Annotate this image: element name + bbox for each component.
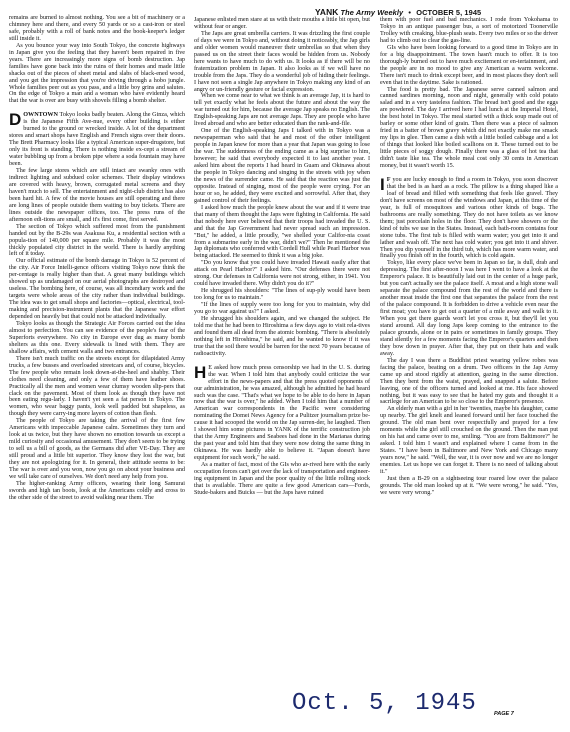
article-paragraph: One of the English-speaking Japs I talke…: [194, 128, 370, 204]
article-paragraph: He shrugged his shoulders: "The lines of…: [194, 288, 370, 302]
paragraph-text: The day I was there a Buddhist priest we…: [380, 358, 558, 406]
article-paragraph: When we come near to what we think is an…: [194, 93, 370, 128]
article-paragraph: The food is pretty bad. The Japanese ser…: [380, 87, 558, 170]
article-paragraph: Just then a B-29 on a sightseeing tour r…: [380, 476, 558, 497]
paragraph-text: Tokyo looks as though the Strategic Air …: [9, 321, 185, 355]
paragraph-text: E asked how much press censorship we had…: [194, 365, 370, 461]
paragraph-text: The food is pretty bad. The Japanese ser…: [380, 87, 558, 169]
paragraph-text: There isn't much traffic on the streets …: [9, 356, 185, 418]
paragraph-text: An elderly man with a girl in her 'twent…: [380, 406, 558, 475]
paragraph-text: "Do you know that you could have invaded…: [194, 260, 370, 287]
masthead-separator: •: [408, 8, 411, 17]
article-paragraph: them with poor fuel and bad mechanics. I…: [380, 17, 558, 45]
paragraph-text: GIs who have been looking forward to a g…: [380, 45, 558, 86]
article-paragraph: He shrugged his shoulders again, and we …: [194, 316, 370, 358]
article-column-1: remains are burned to almost nothing. Yo…: [9, 15, 185, 502]
article-paragraph: HE asked how much press censorship we ha…: [194, 365, 370, 462]
article-paragraph: The few large stores which are still int…: [9, 168, 185, 224]
paragraph-text: The higher-ranking Army officers, wearin…: [9, 481, 185, 501]
paragraph-text: "If the lines of supply were too long fo…: [194, 302, 370, 315]
article-paragraph: remains are burned to almost nothing. Yo…: [9, 15, 185, 43]
paragraph-text: Japanese enlisted men stare at us with t…: [194, 17, 370, 30]
publication-subtitle: The Army Weekly: [341, 8, 404, 17]
paragraph-text: One of the English-speaking Japs I talke…: [194, 128, 370, 204]
paragraph-text: When we come near to what we think is an…: [194, 93, 370, 127]
article-paragraph: As you bounce your way into South Tokyo,…: [9, 43, 185, 106]
article-paragraph: The people of Tokyo are taking the arriv…: [9, 418, 185, 481]
paragraph-text: Our official estimate of the bomb damage…: [9, 258, 185, 320]
page-number: PAGE 7: [494, 711, 514, 717]
article-paragraph: GIs who have been looking forward to a g…: [380, 45, 558, 87]
paragraph-text: The Japs are great umbrella carriers. It…: [194, 31, 370, 93]
article-column-3: them with poor fuel and bad mechanics. I…: [380, 17, 558, 497]
paragraph-text: remains are burned to almost nothing. Yo…: [9, 15, 185, 42]
lead-in: OWNTOWN: [23, 112, 58, 118]
paragraph-text: them with poor fuel and bad mechanics. I…: [380, 17, 558, 44]
article-paragraph: Tokyo, like every place we've been in Ja…: [380, 260, 558, 357]
article-paragraph: I asked how much the people knew about t…: [194, 205, 370, 261]
paragraph-text: you are lucky enough to find a room in T…: [380, 177, 558, 259]
date-stamp: Oct. 5, 1945: [292, 690, 477, 717]
article-paragraph: There isn't much traffic on the streets …: [9, 356, 185, 419]
paragraph-text: Tokyo looks badly beaten. Along the Ginz…: [9, 112, 185, 167]
paragraph-text: The people of Tokyo are taking the arriv…: [9, 418, 185, 480]
issue-date: OCTOBER 5, 1945: [416, 8, 481, 17]
paragraph-text: As a matter of fact, most of the GIs who…: [194, 462, 370, 496]
paragraph-text: I asked how much the people knew about t…: [194, 205, 370, 260]
article-paragraph: As a matter of fact, most of the GIs who…: [194, 462, 370, 497]
article-paragraph: An elderly man with a girl in her 'twent…: [380, 406, 558, 476]
article-paragraph: Tokyo looks as though the Strategic Air …: [9, 321, 185, 356]
article-column-2: Japanese enlisted men stare at us with t…: [194, 17, 370, 497]
paragraph-text: Tokyo, like every place we've been in Ja…: [380, 260, 558, 356]
drop-cap: I: [380, 178, 385, 191]
paragraph-text: He shrugged his shoulders again, and we …: [194, 316, 370, 357]
publication-name: YANK: [315, 7, 338, 17]
paragraph-text: The section of Tokyo which suffered most…: [9, 224, 185, 258]
article-paragraph: Japanese enlisted men stare at us with t…: [194, 17, 370, 31]
article-paragraph: The higher-ranking Army officers, wearin…: [9, 481, 185, 502]
masthead: YANK The Army Weekly • OCTOBER 5, 1945: [315, 7, 481, 17]
article-paragraph: The section of Tokyo which suffered most…: [9, 224, 185, 259]
article-paragraph: "Do you know that you could have invaded…: [194, 260, 370, 288]
article-paragraph: DOWNTOWN Tokyo looks badly beaten. Along…: [9, 112, 185, 168]
article-paragraph: IF you are lucky enough to find a room i…: [380, 177, 558, 260]
article-paragraph: "If the lines of supply were too long fo…: [194, 302, 370, 316]
article-paragraph: The day I was there a Buddhist priest we…: [380, 358, 558, 407]
drop-cap: H: [194, 366, 206, 379]
article-paragraph: Our official estimate of the bomb damage…: [9, 258, 185, 321]
paragraph-text: He shrugged his shoulders: "The lines of…: [194, 288, 370, 301]
drop-cap: D: [9, 113, 21, 126]
article-paragraph: The Japs are great umbrella carriers. It…: [194, 31, 370, 94]
paragraph-text: Just then a B-29 on a sightseeing tour r…: [380, 476, 558, 496]
paragraph-text: The few large stores which are still int…: [9, 168, 185, 223]
paragraph-text: As you bounce your way into South Tokyo,…: [9, 43, 185, 105]
